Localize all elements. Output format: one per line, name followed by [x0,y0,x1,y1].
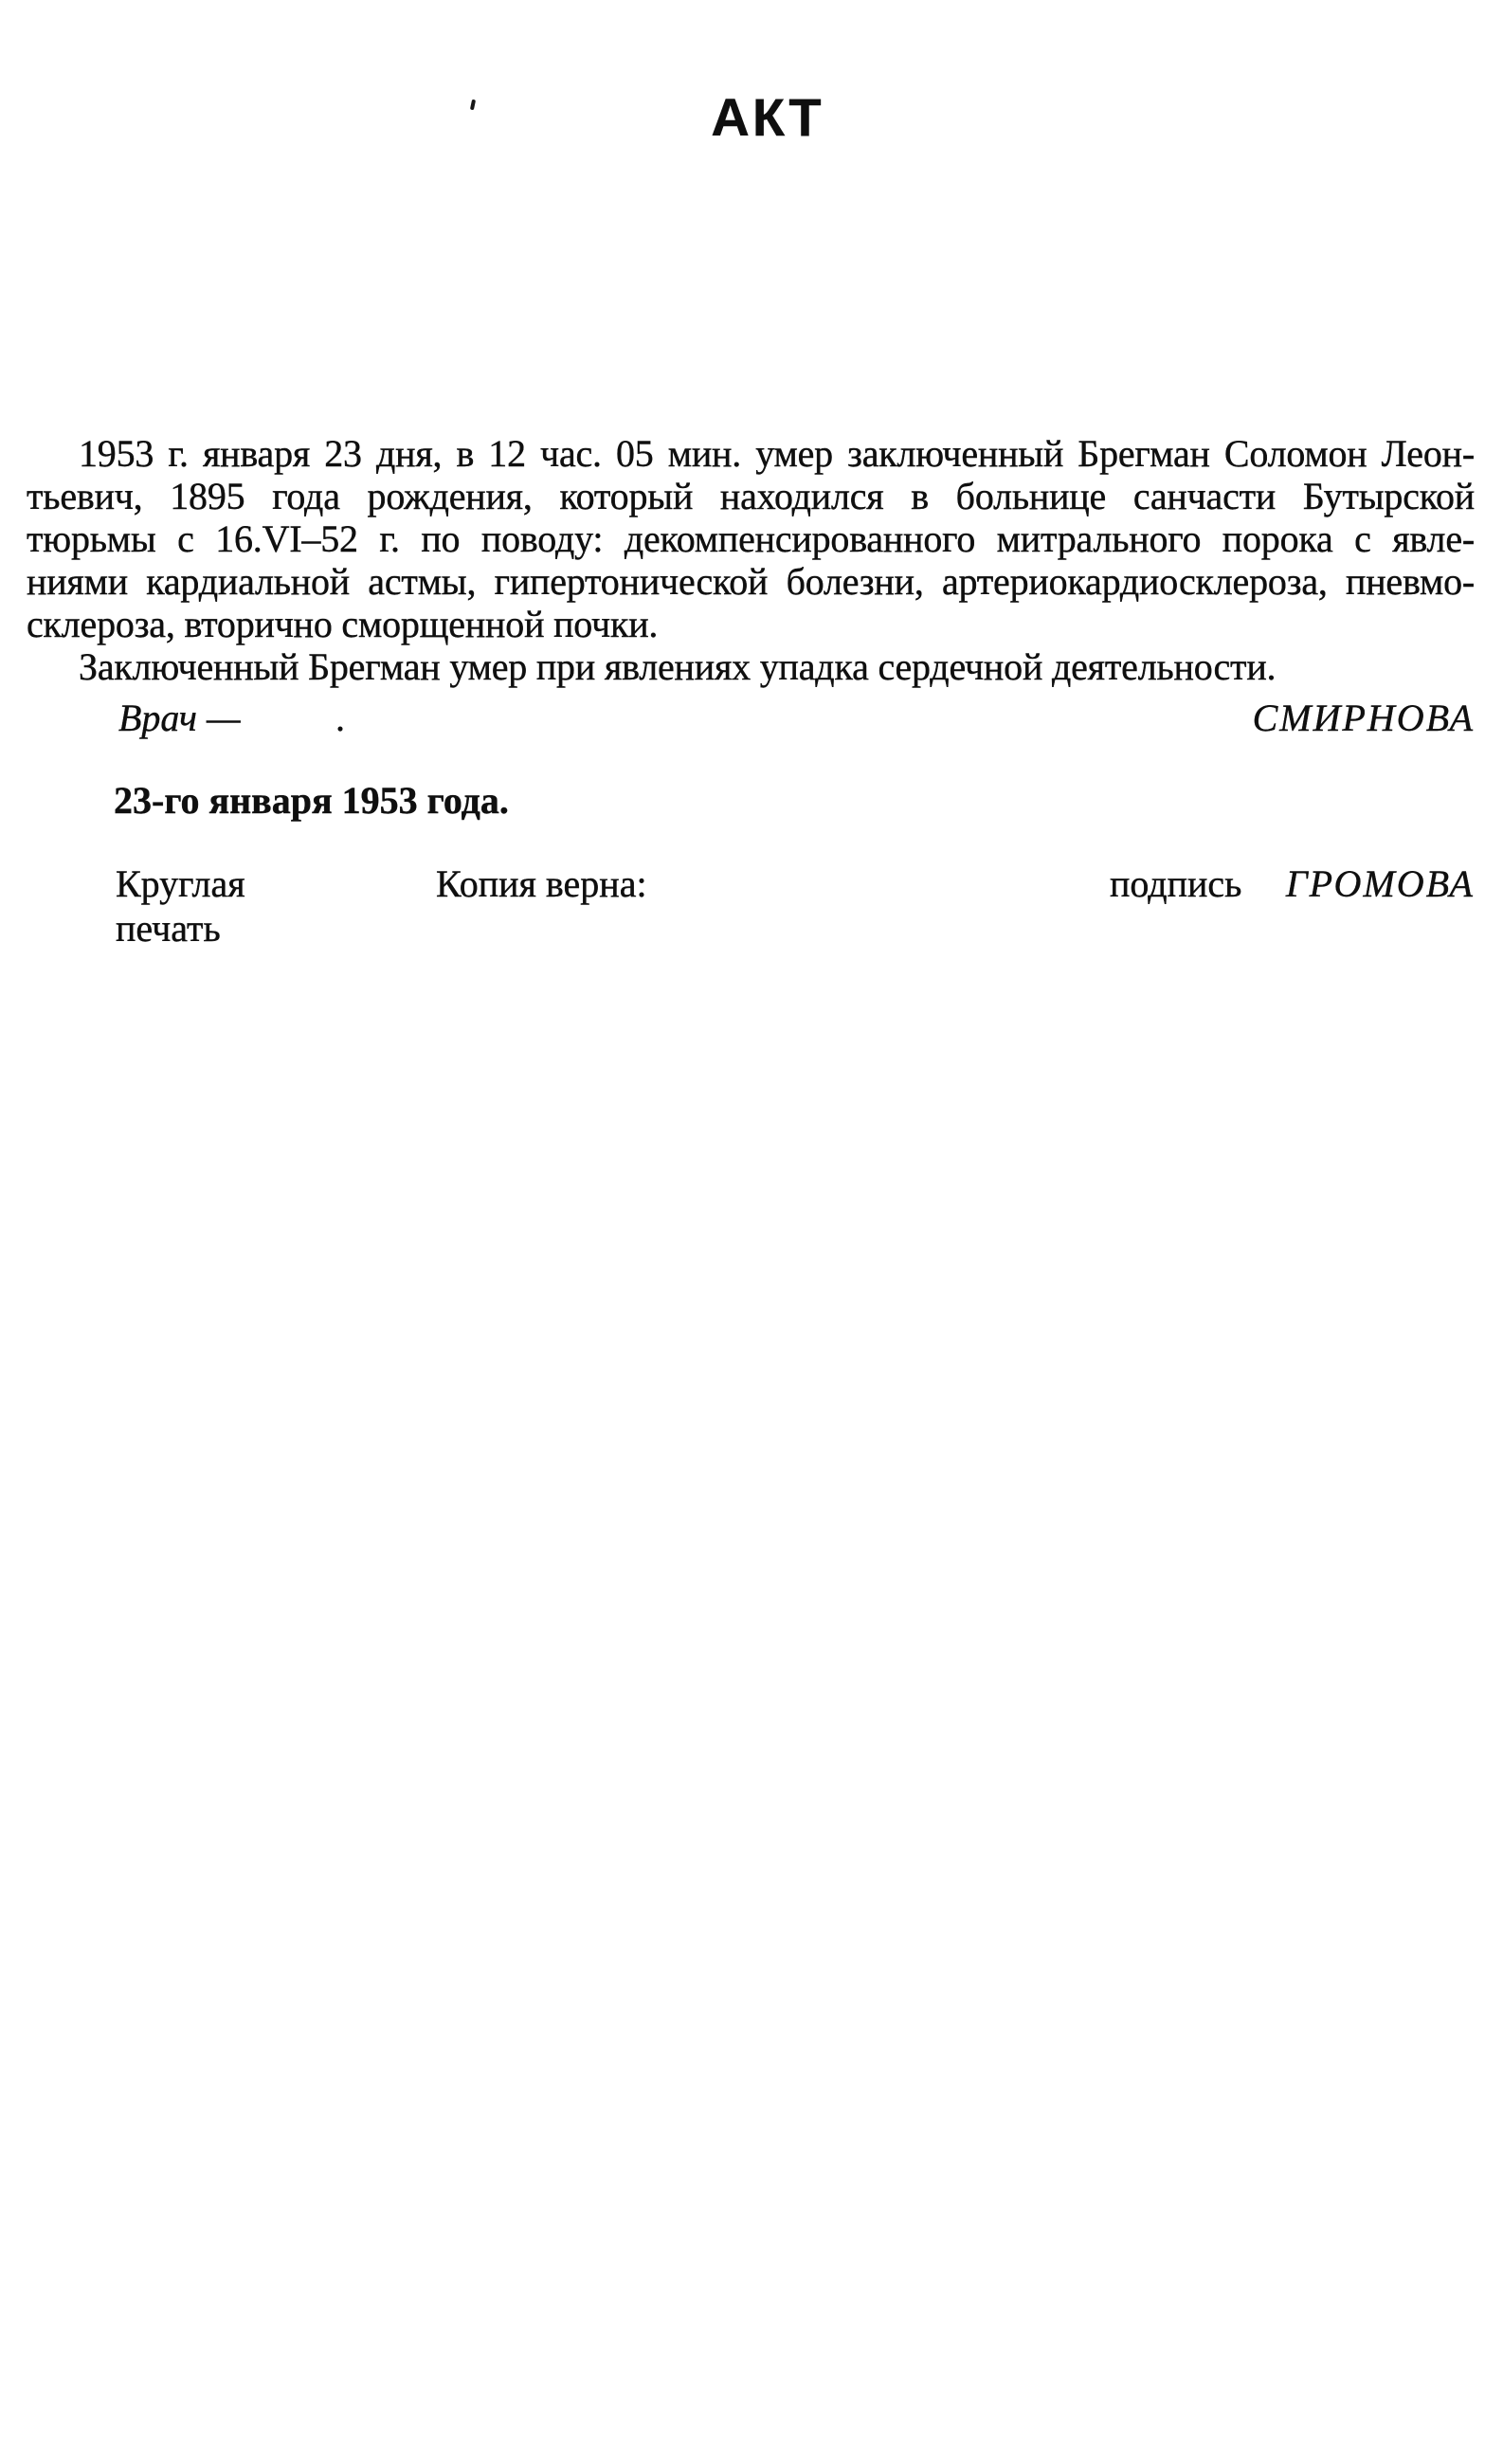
doctor-role-label: Врач — [118,697,241,739]
paragraph1-line-4: ниями кардиальной астмы, гипертонической… [27,560,1475,603]
paragraph2: Заключенный Брегман умер при явлениях уп… [27,645,1475,688]
seal-note-line-1: Круглая [116,862,245,905]
doctor-name: СМИРНОВА [1253,697,1475,739]
scan-artifact-speck [470,100,476,111]
paragraph1-line-2: тьевич, 1895 года рождения, который нахо… [27,475,1475,517]
seal-note-line-2: печать [116,907,221,950]
paragraph1-line-5: склероза, вторично сморщенной почки. [27,603,1475,645]
certification-block: Круглая печать Копия верна: подпись ГРОМ… [27,862,1475,976]
paragraph1-line-3: тюрьмы с 16.VI–52 г. по поводу: декомпен… [27,517,1475,560]
scanned-document-page: АКТ 1953 г. января 23 дня, в 12 час. 05 … [0,0,1503,2464]
certifier-name: ГРОМОВА [1286,862,1475,905]
stray-period-mark: . [335,697,345,739]
date-line: 23-го января 1953 года. [114,779,509,822]
signature-row: Врач — . СМИРНОВА [27,697,1475,739]
copy-certified-label: Копия верна: [436,862,647,905]
signature-label: подпись [1110,862,1241,905]
paragraph1-line-1: 1953 г. января 23 дня, в 12 час. 05 мин.… [27,432,1475,475]
document-title: АКТ [711,91,824,144]
document-body: 1953 г. января 23 дня, в 12 час. 05 мин.… [27,432,1475,688]
